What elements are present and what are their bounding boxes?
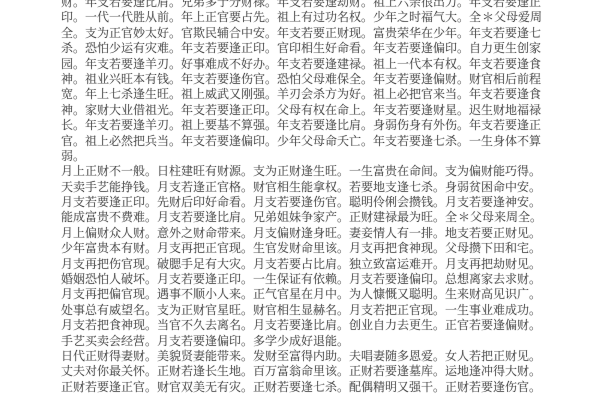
text-line: 月上正财不一般。日柱建旺有财源。支为正财逢生旺。一生富贵在命间。支为偏财能巧得。 bbox=[61, 164, 542, 179]
text-line: 园。年支若要逢羊刃。好事难成不好办。年支若要逢建禄。祖上一代本有权。年支若要逢食 bbox=[61, 57, 542, 72]
text-line: 宽。年上七杀逢生旺。祖上威武又刚强。羊刃会杀方为好。祖上必把官来当。年支若要逢食 bbox=[61, 87, 542, 102]
text-line: 少年富贵本有财。月支再把正官现。生官发财命里该。月支再把食神现。父母攒下田和宅。 bbox=[61, 241, 542, 256]
line-text: 少年富贵本有财。月支再把正官现。生官发财命里该。月支再把食神现。父母攒下田和宅。 bbox=[61, 241, 541, 256]
line-text: 正财若要逢正官。财官双美无有灾。正财若要逢七杀。配偶精明又强干。正财若要逢伤官。 bbox=[61, 380, 541, 395]
text-line: 婚姻恐怕人破坏。月支若要逢正印。一生保证有依赖。月支若要逢偏印。总想离家去求财。 bbox=[61, 272, 542, 287]
text-line: 官。祖上必然把兵当。年支若要逢偏印。少年父母命夭亡。年支若要逢七杀。一生身体不算 bbox=[61, 134, 542, 149]
line-text: 月支若要逢正印。先财后印好命看。月支若要逢伤官。聪明伶俐会攒钱。月支若要逢神安。 bbox=[61, 195, 541, 210]
line-text: 丈夫对你最关怀。正财若逢长生地。百万富翁命里该。正财若要逢墓库。运地逢冲得大财。 bbox=[61, 364, 541, 379]
line-text: 印。一代一代胜从前。年上正官要占先。祖上有过功名权。少年之时福气大。全 bbox=[61, 10, 481, 25]
line-text: 月上正财不一般。日柱建旺有财源。支为正财逢生旺。一生富贵在命间。支为偏财能巧得。 bbox=[61, 164, 541, 179]
text-line: 月上偏财众人财。意外之财命带来。月支偏财逢身旺。妻妾情人有一排。地支若要正财见。 bbox=[61, 226, 542, 241]
text-line: 能成富贵不费难。月支若要逢比肩。兄弟姐妹争家产。正财建禄最为旺。全＊父母来周全。 bbox=[61, 210, 542, 225]
text-line: 印。一代一代胜从前。年上正官要占先。祖上有过功名权。少年之时福气大。全＊父母爱周 bbox=[61, 10, 542, 25]
text-line: 月支再把伤官现。破腮手足有大灾。月支若要占比肩。独立致富运难开。月支再把劫财见。 bbox=[61, 257, 542, 272]
text-line: 月支再把偏官现。遇事不顺小人来。正气官星在月中。为人慷慨又聪明。生来财高见识广。 bbox=[61, 287, 542, 302]
scanned-document-page: 财。年支若要逢比肩。兄弟多于分财禄。年支若要逢劫财。祖上六亲很出力。年支若要逢正… bbox=[0, 0, 600, 400]
text-line: 财。年支若要逢比肩。兄弟多于分财禄。年支若要逢劫财。祖上六亲很出力。年支若要逢正 bbox=[61, 0, 542, 10]
text-line: 日代正财得妻财。美貌贤妻能带来。发财至富得内助。夫唱妻随多恩爱。女人若把正财见。 bbox=[61, 349, 542, 364]
line-text: 全。支为正官妙太好。官欺民辅合中安。年支若要正财现。富贵荣华在少年。年支若要逢七 bbox=[61, 26, 541, 41]
line-text: 婚姻恐怕人破坏。月支若要逢正印。一生保证有依赖。月支若要逢偏印。总想离家去求财。 bbox=[61, 272, 541, 287]
line-text: 日代正财得妻财。美貌贤妻能带来。发财至富得内助。夫唱妻随多恩爱。女人若把正财见。 bbox=[61, 349, 541, 364]
text-line: 全。支为正官妙太好。官欺民辅合中安。年支若要正财现。富贵荣华在少年。年支若要逢七 bbox=[61, 26, 542, 41]
line-text: 财。年支若要逢比肩。兄弟多于分财禄。年支若要逢劫财。祖上六亲很出力。年支若要逢正 bbox=[61, 0, 541, 10]
line-text: 处事总有威望名。支为正财官星旺。财官相生显赫名。月支若把正官现。一生事业难成功。 bbox=[61, 303, 541, 318]
text-line: 神。祖业兴旺本有钱。年支若要逢伤官。恐怕父母难保全。年支若要逢偏财。财官相后前程 bbox=[61, 72, 542, 87]
line-text: 手艺买卖会经营。月支若要逢偏印。多学少成好退能。 bbox=[61, 334, 349, 349]
text-line: 处事总有威望名。支为正财官星旺。财官相生显赫名。月支若把正官现。一生事业难成功。 bbox=[61, 303, 542, 318]
line-text: 园。年支若要逢羊刃。好事难成不好办。年支若要逢建禄。祖上一代本有权。年支若要逢食 bbox=[61, 57, 541, 72]
line-text: 月支再把伤官现。破腮手足有大灾。月支若要占比肩。独立致富运难开。月支再把劫财见。 bbox=[61, 257, 541, 272]
text-line: 手艺买卖会经营。月支若要逢偏印。多学少成好退能。 bbox=[61, 334, 542, 349]
line-text: 天卖手艺能挣钱。月支若逢正官格。财官相生能拿权。若要地支逢七杀。身弱贫困命中安。 bbox=[61, 180, 541, 195]
line-text: 杀。恐怕少运有灾难。年支若要逢正印。官印相生好命看。年支若要逢偏印。自力更生创家 bbox=[61, 41, 541, 56]
text-line: 丈夫对你最关怀。正财若逢长生地。百万富翁命里该。正财若要逢墓库。运地逢冲得大财。 bbox=[61, 364, 542, 379]
line-text: 月支若把食神现。当官不久去离名。月支若要逢比肩。创业自力去更生。正官若要逢偏财。 bbox=[61, 318, 541, 333]
text-line: 长。年支若要逢羊刃。祖上要基不算强。年支若要逢比肩。身弱伤身有外伤。年支若要逢正 bbox=[61, 118, 542, 133]
line-annotation: ＊父母爱周 bbox=[482, 10, 542, 25]
text-line: 月支若把食神现。当官不久去离名。月支若要逢比肩。创业自力去更生。正官若要逢偏财。 bbox=[61, 318, 542, 333]
line-text: 能成富贵不费难。月支若要逢比肩。兄弟姐妹争家产。正财建禄最为旺。全 bbox=[61, 210, 457, 225]
text-line: 杀。恐怕少运有灾难。年支若要逢正印。官印相生好命看。年支若要逢偏印。自力更生创家 bbox=[61, 41, 542, 56]
line-annotation: ＊父母来周全。 bbox=[458, 210, 542, 225]
text-line: 正财若要逢正官。财官双美无有灾。正财若要逢七杀。配偶精明又强干。正财若要逢伤官。 bbox=[61, 380, 542, 395]
text-line: 神。家财大业借祖光。年支若要逢正印。父母有权在命上。年支若要逢财星。迟生财地福禄 bbox=[61, 103, 542, 118]
line-text: 长。年支若要逢羊刃。祖上要基不算强。年支若要逢比肩。身弱伤身有外伤。年支若要逢正 bbox=[61, 118, 541, 133]
line-text: 宽。年上七杀逢生旺。祖上威武又刚强。羊刃会杀方为好。祖上必把官来当。年支若要逢食 bbox=[61, 87, 541, 102]
line-text: 神。家财大业借祖光。年支若要逢正印。父母有权在命上。年支若要逢财星。迟生财地福禄 bbox=[61, 103, 541, 118]
line-text: 官。祖上必然把兵当。年支若要逢偏印。少年父母命夭亡。年支若要逢七杀。一生身体不算 bbox=[61, 134, 541, 149]
line-text: 神。祖业兴旺本有钱。年支若要逢伤官。恐怕父母难保全。年支若要逢偏财。财官相后前程 bbox=[61, 72, 541, 87]
text-line: 天卖手艺能挣钱。月支若逢正官格。财官相生能拿权。若要地支逢七杀。身弱贫困命中安。 bbox=[61, 180, 542, 195]
line-text: 月支再把偏官现。遇事不顺小人来。正气官星在月中。为人慷慨又聪明。生来财高见识广。 bbox=[61, 287, 541, 302]
line-text: 月上偏财众人财。意外之财命带来。月支偏财逢身旺。妻妾情人有一排。地支若要正财见。 bbox=[61, 226, 541, 241]
text-line: 弱。 bbox=[61, 149, 542, 164]
line-text: 弱。 bbox=[61, 149, 85, 164]
text-line: 月支若要逢正印。先财后印好命看。月支若要逢伤官。聪明伶俐会攒钱。月支若要逢神安。 bbox=[61, 195, 542, 210]
text-column: 财。年支若要逢比肩。兄弟多于分财禄。年支若要逢劫财。祖上六亲很出力。年支若要逢正… bbox=[61, 0, 542, 395]
